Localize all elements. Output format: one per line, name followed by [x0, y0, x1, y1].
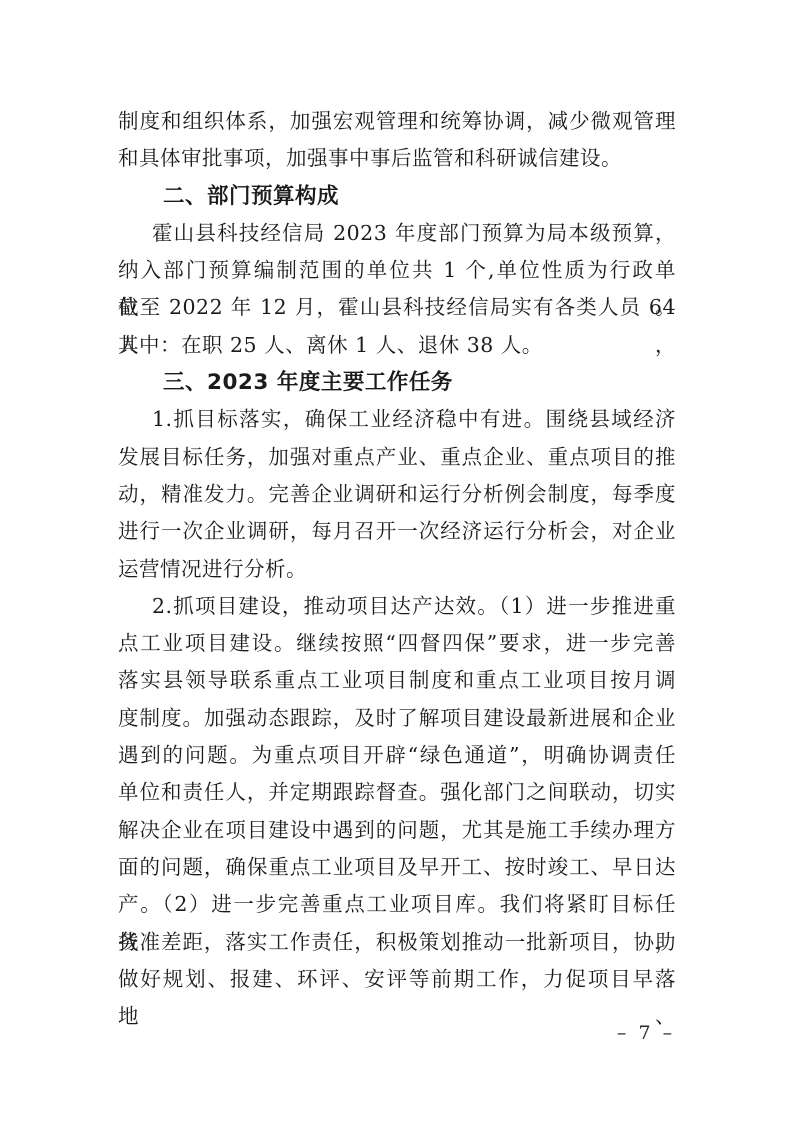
text-line: 单位和责任人，并定期跟踪督查。强化部门之间联动，切实: [118, 774, 676, 811]
text-line: 2.抓项目建设，推动项目达产达效。（1）进一步推进重: [118, 588, 676, 625]
text-line: 落实县领导联系重点工业项目制度和重点工业项目按月调: [118, 662, 676, 699]
text-line: 霍山县科技经信局 2023 年度部门预算为局本级预算，: [118, 215, 676, 252]
text-line: 做好规划、报建、环评、安评等前期工作，力促项目早落地、: [118, 961, 676, 998]
text-line: 找准差距，落实工作责任，积极策划推动一批新项目，协助: [118, 924, 676, 961]
text-line: 面的问题，确保重点工业项目及早开工、按时竣工、早日达: [118, 849, 676, 886]
text-line: 运营情况进行分析。: [118, 551, 676, 588]
text-line: 1.抓目标落实，确保工业经济稳中有进。围绕县域经济: [118, 401, 676, 438]
text-line: 动，精准发力。完善企业调研和运行分析例会制度，每季度: [118, 476, 676, 513]
text-line: 遇到的问题。为重点项目开辟“绿色通道”，明确协调责任: [118, 737, 676, 774]
document-page: 制度和组织体系，加强宏观管理和统筹协调，减少微观管理 和具体审批事项，加强事中事…: [0, 0, 793, 1122]
text-line: 制度和组织体系，加强宏观管理和统筹协调，减少微观管理: [118, 103, 676, 140]
document-body: 制度和组织体系，加强宏观管理和统筹协调，减少微观管理 和具体审批事项，加强事中事…: [118, 103, 676, 998]
text-line: 发展目标任务，加强对重点产业、重点企业、重点项目的推: [118, 439, 676, 476]
text-line: 截至 2022 年 12 月，霍山县科技经信局实有各类人员 64 人，: [118, 289, 676, 326]
text-line: 点工业项目建设。继续按照“四督四保”要求，进一步完善: [118, 625, 676, 662]
text-line: 和具体审批事项，加强事中事后监管和科研诚信建设。: [118, 140, 676, 177]
text-line: 纳入部门预算编制范围的单位共 1 个,单位性质为行政单位。: [118, 252, 676, 289]
text-line: 进行一次企业调研，每月召开一次经济运行分析会，对企业: [118, 513, 676, 550]
text-line: 解决企业在项目建设中遇到的问题，尤其是施工手续办理方: [118, 812, 676, 849]
section-heading: 三、2023 年度主要工作任务: [118, 364, 676, 401]
page-number: – 7 –: [586, 1022, 706, 1052]
section-heading: 二、部门预算构成: [118, 178, 676, 215]
text-line: 产。（2）进一步完善重点工业项目库。我们将紧盯目标任务，: [118, 886, 676, 923]
text-line: 度制度。加强动态跟踪，及时了解项目建设最新进展和企业: [118, 700, 676, 737]
